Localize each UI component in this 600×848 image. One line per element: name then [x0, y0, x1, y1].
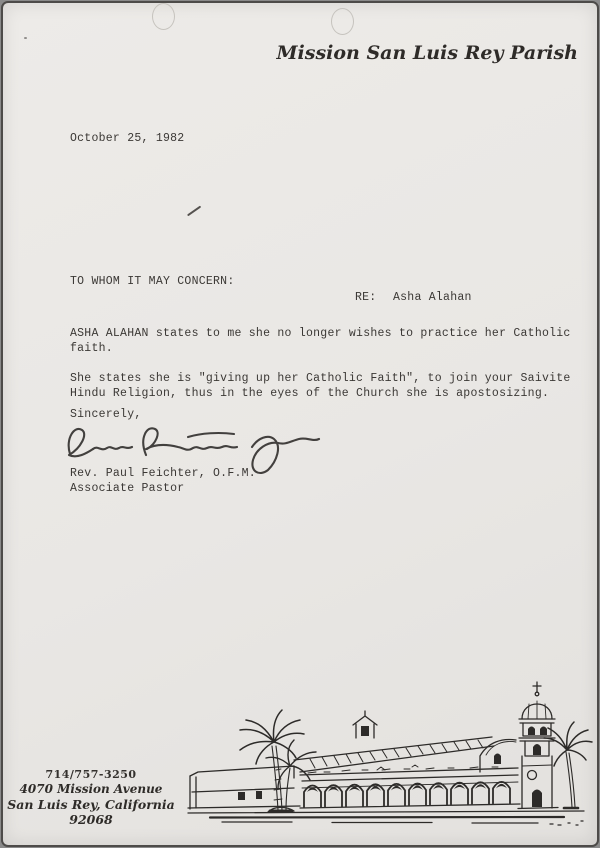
body-paragraph2-line1: She states she is "giving up her Catholi… — [70, 371, 571, 386]
body-paragraph1-line1: ASHA ALAHAN states to me she no longer w… — [70, 326, 571, 341]
scanned-letter-page: Mission San Luis Rey Parish October 25, … — [0, 0, 600, 848]
body-paragraph2-line2: Hindu Religion, thus in the eyes of the … — [70, 386, 549, 401]
salutation: TO WHOM IT MAY CONCERN: — [70, 274, 234, 289]
footer-phone: 714/757-3250 — [2, 768, 180, 781]
footer-address-line1: 4070 Mission Avenue — [2, 782, 180, 796]
re-label: RE: — [355, 290, 376, 305]
signer-name: Rev. Paul Feichter, O.F.M. — [70, 466, 256, 481]
footer-address-line2: San Luis Rey, California 92068 — [2, 797, 180, 827]
letter-date: October 25, 1982 — [70, 131, 184, 146]
hole-punch-left — [152, 3, 175, 30]
hole-punch-right — [331, 8, 354, 35]
footer-address-block: 714/757-3250 4070 Mission Avenue San Lui… — [2, 768, 180, 827]
letterhead-title: Mission San Luis Rey Parish — [277, 42, 579, 64]
body-paragraph1-line2: faith. — [70, 341, 113, 356]
mission-building-illustration — [182, 680, 598, 832]
re-subject-name: Asha Alahan — [393, 290, 472, 305]
paper-speck — [24, 37, 27, 39]
signer-title: Associate Pastor — [70, 481, 184, 496]
